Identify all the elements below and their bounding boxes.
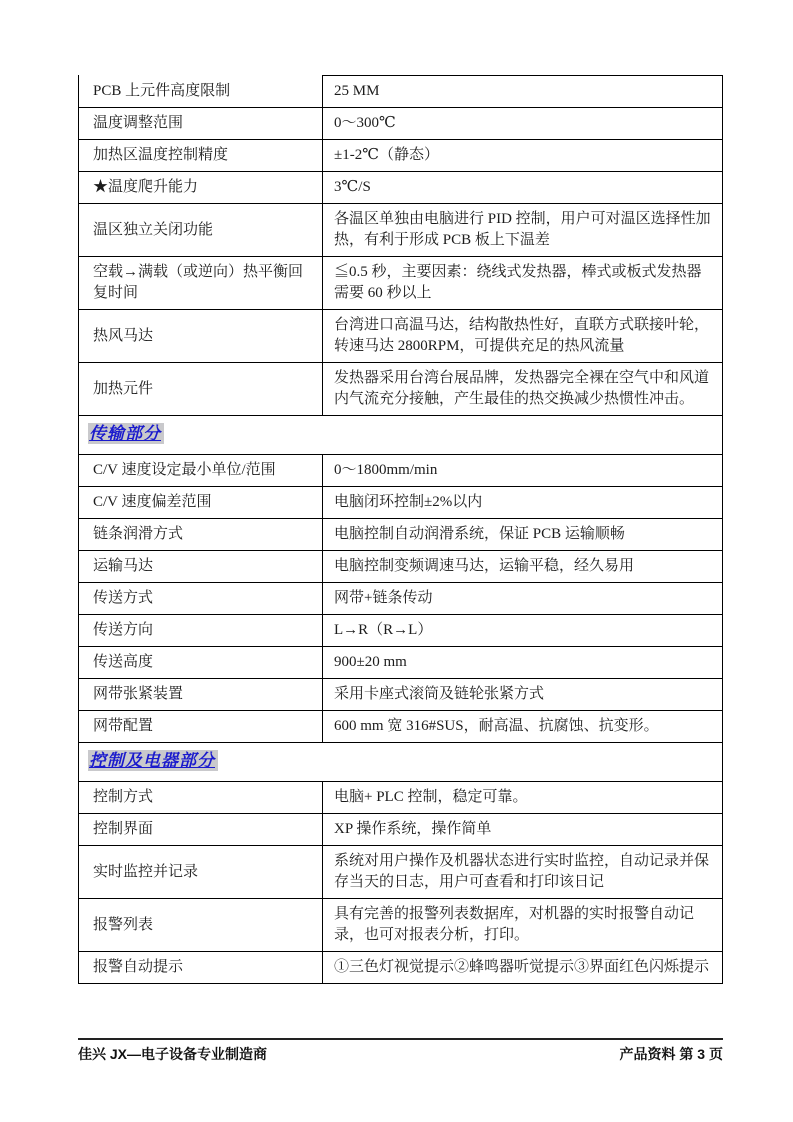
spec-label: 网带配置 [78,711,322,743]
spec-row: PCB 上元件高度限制25 MM [78,75,723,108]
spec-value: 900±20 mm [322,647,723,679]
section-header-row: 控制及电器部分 [78,743,723,782]
footer-rule [78,1038,723,1040]
spec-row: 热风马达台湾进口高温马达，结构散热性好，直联方式联接叶轮，转速马达 2800RP… [78,310,723,363]
spec-label: 控制界面 [78,814,322,846]
spec-row: 报警列表具有完善的报警列表数据库，对机器的实时报警自动记录，也可对报表分析，打印… [78,899,723,952]
section-header-cell: 传输部分 [78,416,723,455]
spec-value: 电脑+ PLC 控制，稳定可靠。 [322,782,723,814]
spec-label: 链条润滑方式 [78,519,322,551]
spec-value: 3℃/S [322,172,723,204]
document-page: PCB 上元件高度限制25 MM温度调整范围0～300℃加热区温度控制精度±1-… [0,0,793,1122]
spec-value: ≦0.5 秒，主要因素：绕线式发热器，棒式或板式发热器需要 60 秒以上 [322,257,723,310]
spec-row: 报警自动提示①三色灯视觉提示②蜂鸣器听觉提示③界面红色闪烁提示 [78,952,723,984]
spec-label: 温度调整范围 [78,108,322,140]
spec-row: ★温度爬升能力3℃/S [78,172,723,204]
spec-label: 报警自动提示 [78,952,322,984]
spec-value: 各温区单独由电脑进行 PID 控制，用户可对温区选择性加热，有利于形成 PCB … [322,204,723,257]
spec-value: 25 MM [322,75,723,108]
spec-row: 温度调整范围0～300℃ [78,108,723,140]
spec-row: 运输马达电脑控制变频调速马达，运输平稳，经久易用 [78,551,723,583]
footer-left-text: 佳兴 JX—电子设备专业制造商 [78,1044,267,1064]
spec-label: 空载→满载（或逆向）热平衡回复时间 [78,257,322,310]
section-header-cell: 控制及电器部分 [78,743,723,782]
spec-row: 网带张紧装置采用卡座式滚筒及链轮张紧方式 [78,679,723,711]
spec-label: 加热区温度控制精度 [78,140,322,172]
spec-label: 运输马达 [78,551,322,583]
spec-row: 控制界面XP 操作系统，操作简单 [78,814,723,846]
spec-row: 传送高度900±20 mm [78,647,723,679]
section-header-row: 传输部分 [78,416,723,455]
spec-value: 采用卡座式滚筒及链轮张紧方式 [322,679,723,711]
spec-row: 控制方式电脑+ PLC 控制，稳定可靠。 [78,782,723,814]
spec-value: XP 操作系统，操作简单 [322,814,723,846]
spec-value: 0～1800mm/min [322,455,723,487]
spec-label: 网带张紧装置 [78,679,322,711]
section-header: 传输部分 [88,423,164,444]
spec-value: 发热器采用台湾台展品牌，发热器完全裸在空气中和风道内气流充分接触，产生最佳的热交… [322,363,723,416]
spec-label: 传送方式 [78,583,322,615]
spec-value: ±1-2℃（静态） [322,140,723,172]
footer-right-text: 产品资料 第 3 页 [620,1044,723,1064]
spec-label: 传送方向 [78,615,322,647]
spec-label: 报警列表 [78,899,322,952]
spec-table: PCB 上元件高度限制25 MM温度调整范围0～300℃加热区温度控制精度±1-… [78,75,723,984]
spec-row: 温区独立关闭功能各温区单独由电脑进行 PID 控制，用户可对温区选择性加热，有利… [78,204,723,257]
spec-row: C/V 速度偏差范围电脑闭环控制±2%以内 [78,487,723,519]
spec-label: 控制方式 [78,782,322,814]
spec-row: 传送方向L→R（R→L） [78,615,723,647]
spec-row: 传送方式网带+链条传动 [78,583,723,615]
spec-value: 电脑控制自动润滑系统，保证 PCB 运输顺畅 [322,519,723,551]
spec-label: 传送高度 [78,647,322,679]
spec-value: 电脑控制变频调速马达，运输平稳，经久易用 [322,551,723,583]
spec-label: PCB 上元件高度限制 [78,75,322,108]
spec-row: 实时监控并记录系统对用户操作及机器状态进行实时监控，自动记录并保存当天的日志，用… [78,846,723,899]
spec-label: C/V 速度偏差范围 [78,487,322,519]
spec-value: L→R（R→L） [322,615,723,647]
section-header: 控制及电器部分 [88,750,218,771]
spec-table-body: PCB 上元件高度限制25 MM温度调整范围0～300℃加热区温度控制精度±1-… [78,75,723,984]
spec-value: 0～300℃ [322,108,723,140]
spec-label: 热风马达 [78,310,322,363]
spec-row: 空载→满载（或逆向）热平衡回复时间≦0.5 秒，主要因素：绕线式发热器，棒式或板… [78,257,723,310]
spec-value: ①三色灯视觉提示②蜂鸣器听觉提示③界面红色闪烁提示 [322,952,723,984]
spec-label: 温区独立关闭功能 [78,204,322,257]
spec-label: ★温度爬升能力 [78,172,322,204]
spec-value: 系统对用户操作及机器状态进行实时监控，自动记录并保存当天的日志，用户可查看和打印… [322,846,723,899]
spec-value: 600 mm 宽 316#SUS，耐高温、抗腐蚀、抗变形。 [322,711,723,743]
spec-row: 加热区温度控制精度±1-2℃（静态） [78,140,723,172]
spec-value: 电脑闭环控制±2%以内 [322,487,723,519]
spec-row: 加热元件发热器采用台湾台展品牌，发热器完全裸在空气中和风道内气流充分接触，产生最… [78,363,723,416]
spec-label: 实时监控并记录 [78,846,322,899]
spec-value: 具有完善的报警列表数据库，对机器的实时报警自动记录，也可对报表分析，打印。 [322,899,723,952]
spec-row: 网带配置600 mm 宽 316#SUS，耐高温、抗腐蚀、抗变形。 [78,711,723,743]
page-footer: 佳兴 JX—电子设备专业制造商 产品资料 第 3 页 [78,1044,723,1064]
spec-label: 加热元件 [78,363,322,416]
spec-value: 台湾进口高温马达，结构散热性好，直联方式联接叶轮，转速马达 2800RPM，可提… [322,310,723,363]
spec-value: 网带+链条传动 [322,583,723,615]
spec-label: C/V 速度设定最小单位/范围 [78,455,322,487]
spec-row: 链条润滑方式电脑控制自动润滑系统，保证 PCB 运输顺畅 [78,519,723,551]
spec-row: C/V 速度设定最小单位/范围0～1800mm/min [78,455,723,487]
